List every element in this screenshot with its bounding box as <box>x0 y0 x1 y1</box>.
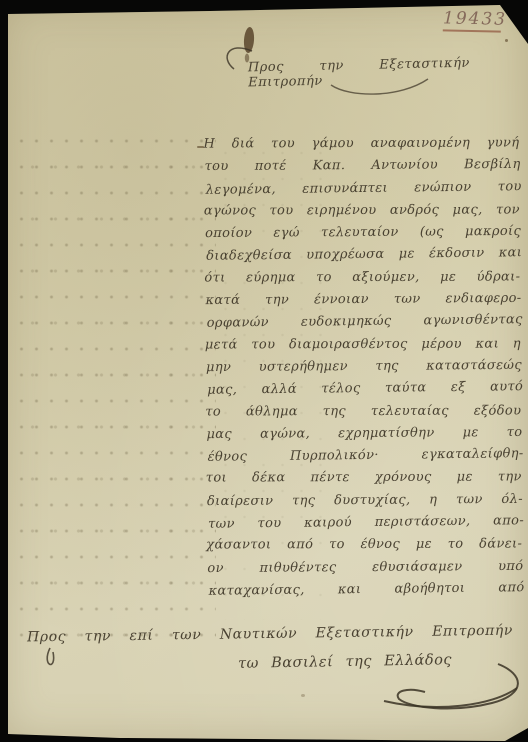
archive-number: 19433 <box>443 8 501 32</box>
manuscript-line: μην υστερήθημεν της καταστάσεώς <box>206 355 522 380</box>
manuscript-line: μας αγώνα, εχρηματίσθην με το <box>206 422 522 447</box>
ink-stain <box>243 27 255 54</box>
closing-recipient-line: τω Βασιλεί της Ελλάδος <box>238 652 452 672</box>
manuscript-line: καταχανίσας, και αβοήθητοι από <box>208 577 524 603</box>
manuscript-line: διαδεχθείσα υποχρέωσα με έκδοσιν και <box>206 243 522 269</box>
manuscript-line: το άθλημα της τελευταίας εξόδου <box>205 400 521 423</box>
manuscript-line: διαίρεσιν της δυστυχίας, η των όλ- <box>207 489 523 514</box>
stray-ink-mark <box>197 146 204 148</box>
manuscript-line: μας, αλλά τέλος ταύτα εξ αυτό <box>207 376 523 402</box>
manuscript-line: Η διά του γάμου αναφαινομένη γυνή <box>203 132 519 155</box>
manuscript-line: τοι δέκα πέντε χρόνους με την <box>206 467 522 490</box>
paper-speck <box>301 694 305 697</box>
manuscript-page: 19433 Προς την Εξεταστικήν Επιτροπήν Η δ… <box>0 0 528 742</box>
manuscript-body: Η διά του γάμου αναφαινομένη γυνήτου ποτ… <box>204 132 523 602</box>
manuscript-line: μετά του διαμοιρασθέντος μέρου και η <box>205 333 521 356</box>
signature-swash <box>398 664 518 709</box>
scanned-document-background: 19433 Προς την Εξεταστικήν Επιτροπήν Η δ… <box>0 0 528 742</box>
manuscript-line: έθνος Πυρπολικόν· εγκαταλείφθη- <box>208 443 524 469</box>
signature-underline-swash <box>384 688 517 707</box>
manuscript-line: των του καιρού περιστάσεων, απο- <box>208 510 524 536</box>
manuscript-line: λεγομένα, επισυνάπτει ενώπιον του <box>206 176 522 202</box>
manuscript-line: χάσαντοι από το έθνος με το δάνει- <box>206 534 522 557</box>
manuscript-line: του ποτέ Καπ. Αντωνίου Βεσβίλη <box>205 154 521 179</box>
manuscript-line: αγώνος του ειρημένου ανδρός μας, τον <box>204 199 520 222</box>
ink-bleedthrough-texture <box>14 128 216 640</box>
manuscript-line: ότι εύρημα το αξιούμεν, με ύδραι- <box>204 266 520 289</box>
manuscript-line: ον πιθυθέντες εθυσιάσαμεν υπό <box>207 556 523 581</box>
manuscript-line: ορφανών ευδοκιμηκώς αγωνισθέντας <box>207 310 523 336</box>
paper-speck <box>505 39 508 42</box>
closing-initial-descender <box>47 648 53 664</box>
header-address-line: Προς την Εξεταστικήν Επιτροπήν <box>248 56 471 91</box>
